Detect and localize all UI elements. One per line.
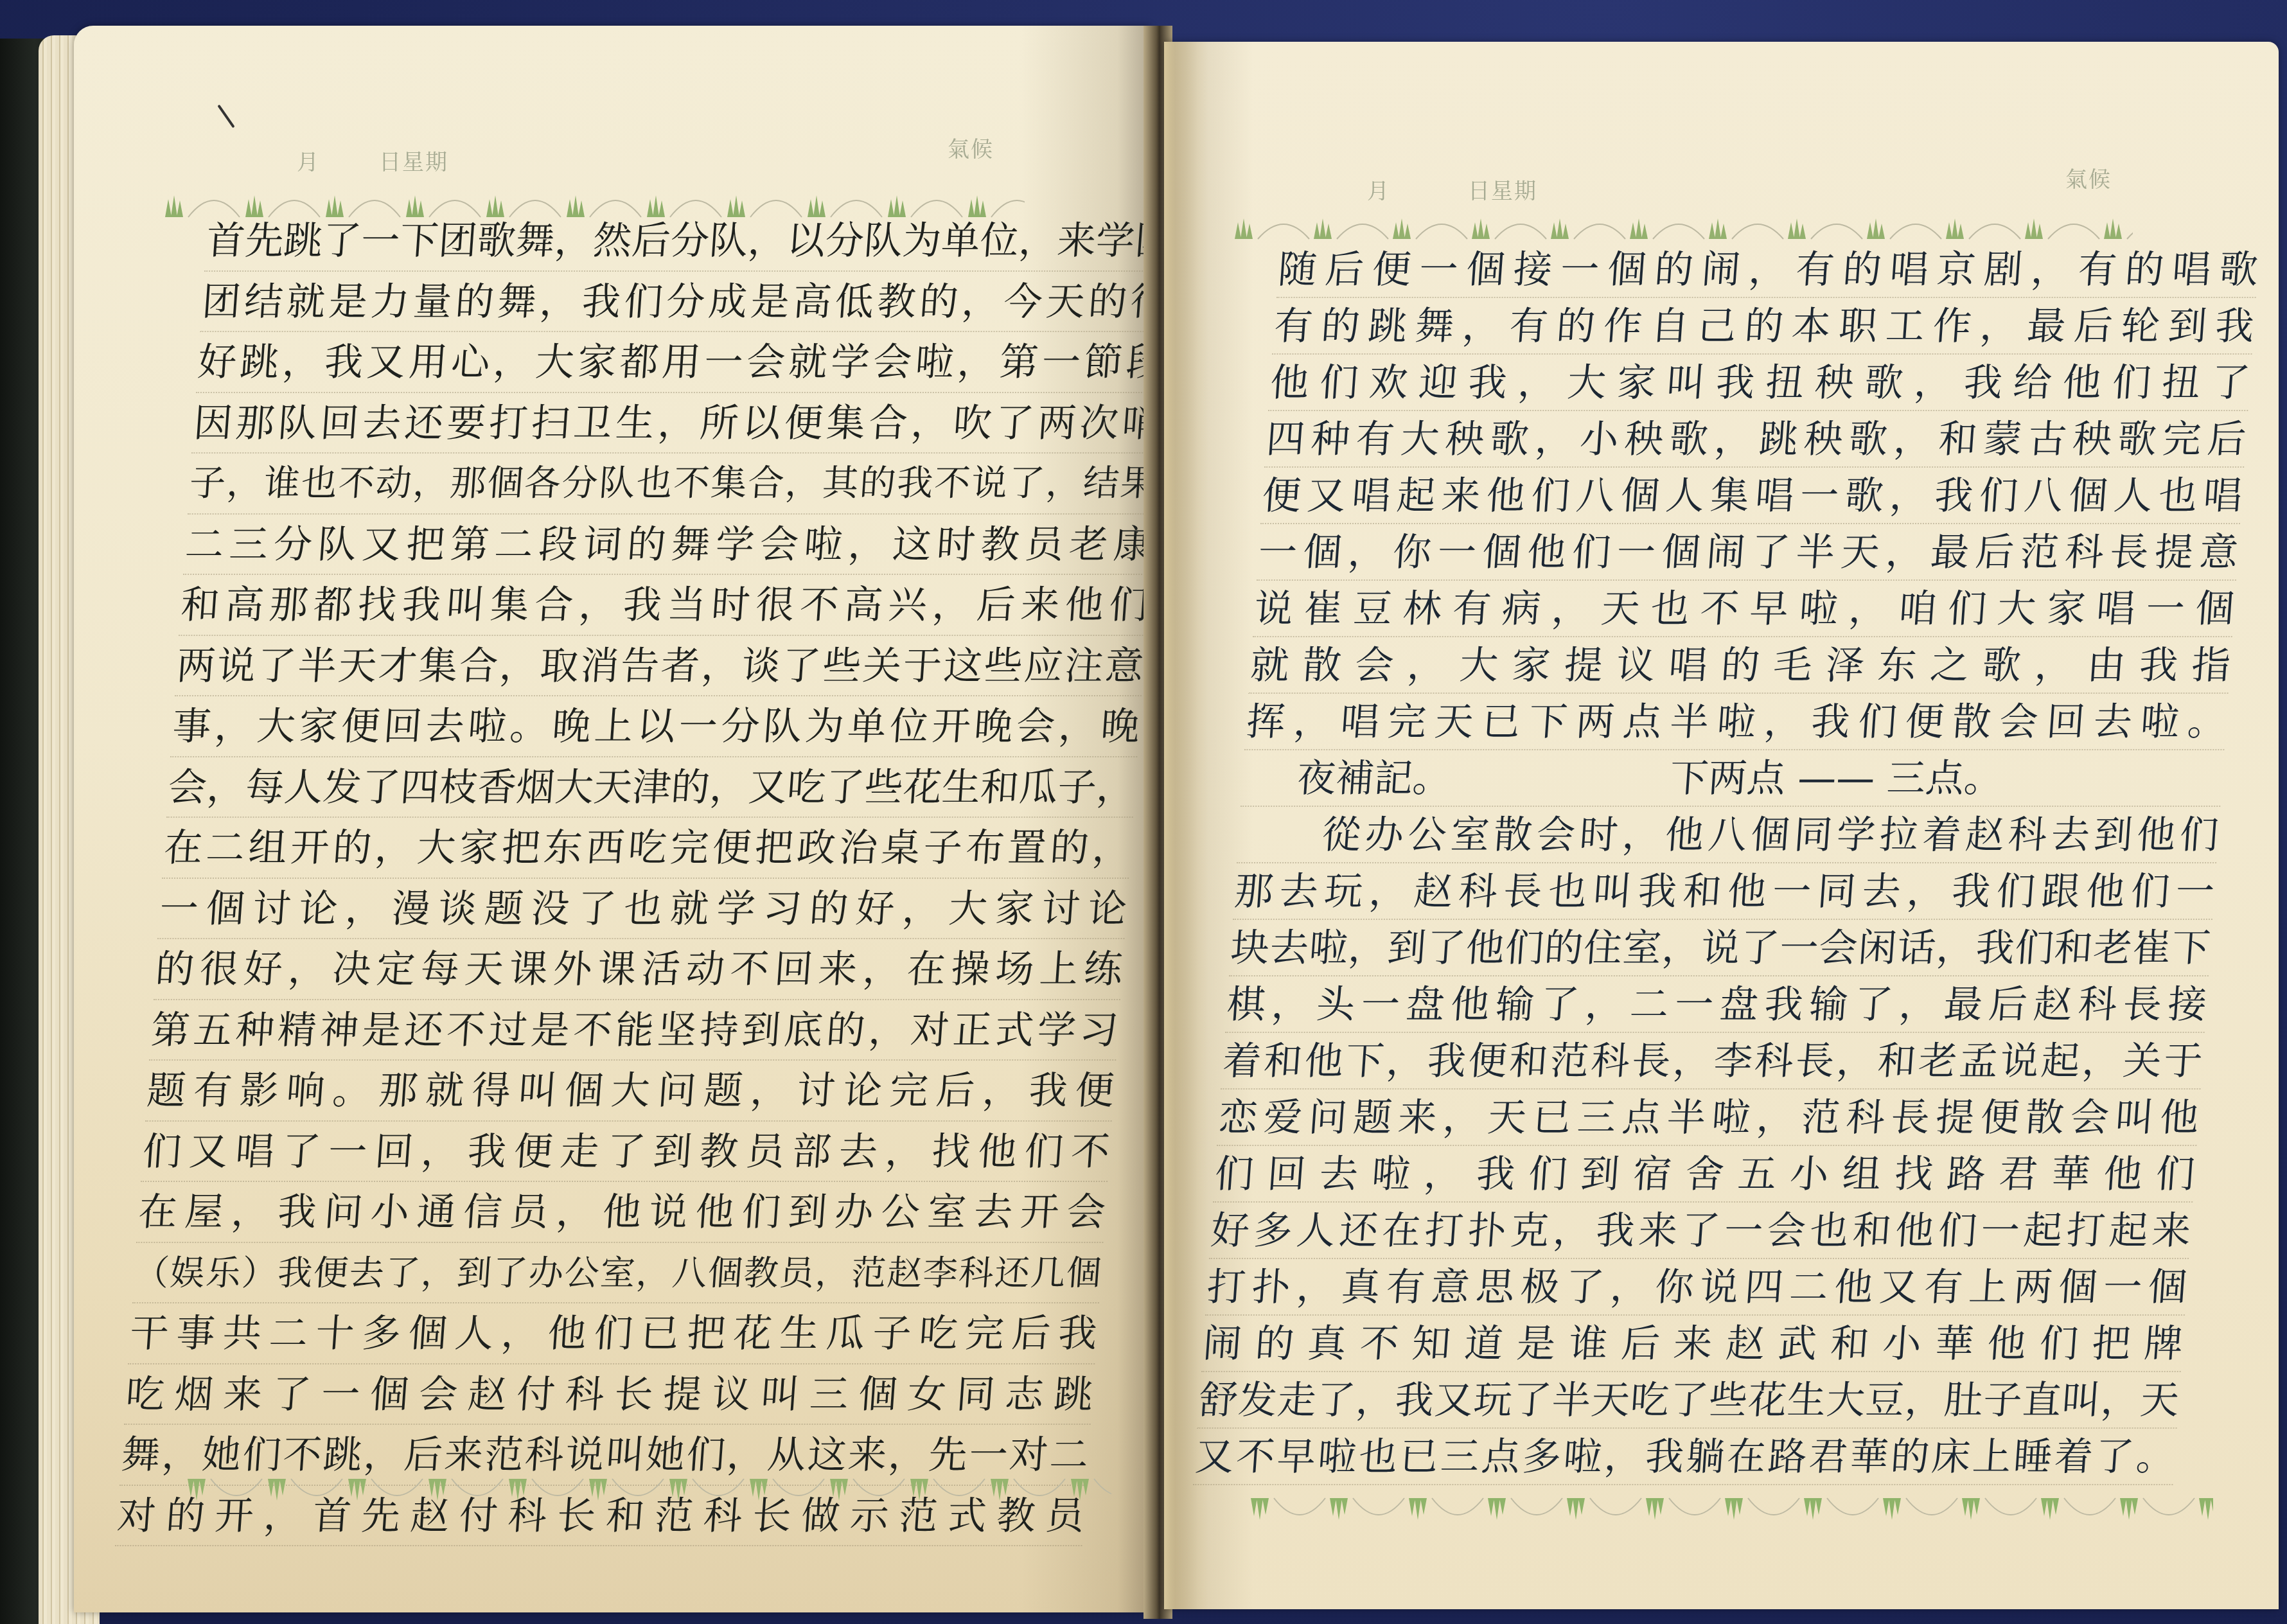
text-line: 他们欢迎我，大家叫我扭秧歌，我给他们扭了 (1268, 355, 2252, 411)
text-line: 棋，头一盘他输了，二一盘我输了，最后赵科長接 (1225, 976, 2209, 1033)
text-line: 随后便一個接一個的闹，有的唱京剧，有的唱歌 (1276, 242, 2260, 298)
text-line: 從办公室散会时，他八個同学拉着赵科去到他们 (1237, 807, 2220, 863)
text-line: 有的跳舞，有的作自己的本职工作，最后轮到我 (1272, 298, 2256, 355)
text-line: 的很好，决定每天课外课活动不回来，在操场上练 (154, 939, 1125, 1000)
text-line: 着和他下，我便和范科長，李科長，和老孟说起，关于 (1221, 1033, 2204, 1090)
grass-border-top-right (1233, 212, 2133, 240)
text-line: （娱乐）我便去了，到了办公室，八個教员，范赵李科还几個 (132, 1243, 1104, 1304)
text-line: 一個，你一個他们一個闹了半天，最后范科長提意 (1257, 524, 2240, 581)
text-line: 好多人还在打扑克，我来了一会也和他们一起打起来 (1209, 1203, 2193, 1259)
night-note-heading: 夜補記。 下两点 —— 三点。 (1241, 750, 2224, 807)
header-month-label: 月 (297, 145, 320, 176)
text-line: 挥，唱完天已下两点半啦，我们便散会回去啦。 (1244, 694, 2228, 750)
text-line: 四种有大秧歌，小秧歌，跳秧歌，和蒙古秧歌完后 (1264, 411, 2248, 468)
text-line: 舒发走了，我又玩了半天吃了些花生大豆，肚子直叫，天 (1197, 1372, 2180, 1429)
text-line: 因那队回去还要打扫卫生，所以便集合，吹了两次哨 (191, 393, 1163, 454)
text-line: 两说了半天才集合，取消告者，谈了些关于这些应注意 (175, 636, 1146, 697)
text-line: 题有影响。那就得叫個大问题，讨论完后，我便 (145, 1061, 1117, 1122)
text-line: 团结就是力量的舞，我们分成是高低教的，今天的很 (200, 272, 1171, 333)
right-page-handwritten-text: 随后便一個接一個的闹，有的唱京剧，有的唱歌 有的跳舞，有的作自己的本职工作，最后… (1193, 242, 2259, 1485)
grass-border-bottom-right (1249, 1497, 2213, 1528)
header-weather-label: 氣候 (948, 132, 994, 163)
diary-photo: 月 日星期 氣候 首先跳了一下团歌舞，然后分队，以分队为单位，来学团 团结就是力… (0, 0, 2287, 1624)
text-line: 第五种精神是还不过是不能坚持到底的，对正式学习 (149, 1000, 1120, 1061)
text-line: 们又唱了一回，我便走了到教员部去，找他们不 (141, 1122, 1112, 1183)
grass-border-bottom-left (186, 1478, 1111, 1508)
text-line: 们回去啦，我们到宿舍五小组找路君華他们 (1213, 1146, 2196, 1203)
header-weekday-label: 日星期 (379, 145, 448, 176)
text-line: 二三分队又把第二段词的舞学会啦，这时教员老康 (183, 515, 1154, 576)
text-line: 好跳，我又用心，大家都用一会就学会啦，第一節段 (196, 332, 1167, 393)
text-line: 打扑，真有意思极了，你说四二他又有上两個一個 (1205, 1259, 2189, 1316)
text-line: 块去啦，到了他们的住室，说了一会闲话，我们和老崔下 (1229, 920, 2212, 976)
text-line: 就散会，大家提议唱的毛泽东之歌，由我指 (1248, 637, 2232, 694)
header-weekday-label: 日星期 (1468, 173, 1537, 205)
night-note-time-range: 下两点 —— 三点。 (1668, 750, 2004, 807)
text-line: 闹的真不知道是谁后来赵武和小華他们把牌 (1201, 1316, 2185, 1372)
text-line: 和高那都找我叫集合，我当时很不高兴，后来他们 (179, 575, 1150, 636)
text-line: 吃烟来了一個会赵付科长提议叫三個女同志跳 (124, 1364, 1095, 1425)
text-line: 说崔豆林有病，天也不早啦，咱们大家唱一個 (1253, 581, 2236, 637)
text-line: 那去玩，赵科長也叫我和他一同去，我们跟他们一 (1233, 863, 2216, 920)
left-page-handwritten-text: 首先跳了一下团歌舞，然后分队，以分队为单位，来学团 团结就是力量的舞，我们分成是… (115, 211, 1175, 1546)
text-line: 干事共二十多個人，他们已把花生瓜子吃完后我 (128, 1303, 1099, 1364)
header-month-label: 月 (1367, 173, 1390, 205)
text-line: 首先跳了一下团歌舞，然后分队，以分队为单位，来学团 (204, 211, 1176, 272)
text-line: 会，每人发了四枝香烟大天津的，又吃了些花生和瓜子， (166, 757, 1138, 818)
text-line: 便又唱起来他们八個人集唱一歌，我们八個人也唱 (1260, 468, 2244, 524)
header-weather-label: 氣候 (2065, 162, 2112, 193)
text-line: 在屋，我问小通信员，他说他们到办公室去开会 (136, 1182, 1108, 1243)
text-line: 一個讨论，漫谈题没了也就学习的好，大家讨论 (157, 879, 1129, 940)
text-line: 又不早啦也已三点多啦，我躺在路君華的床上睡着了。 (1193, 1429, 2177, 1485)
night-note-title: 夜補記。 (1295, 750, 1453, 807)
text-line: 子，谁也不动，那個各分队也不集合，其的我不说了，结果 (188, 454, 1159, 515)
text-line: 恋爱问题来，天已三点半啦，范科長提便散会叫他 (1217, 1090, 2200, 1146)
text-line: 在二组开的，大家把东西吃完便把政治桌子布置的， (162, 818, 1133, 879)
text-line: 事，大家便回去啦。晚上以一分队为单位开晚会，晚 (170, 696, 1142, 757)
text-line: 舞，她们不跳，后来范科说叫她们，从这来，先一对二 (119, 1425, 1091, 1486)
